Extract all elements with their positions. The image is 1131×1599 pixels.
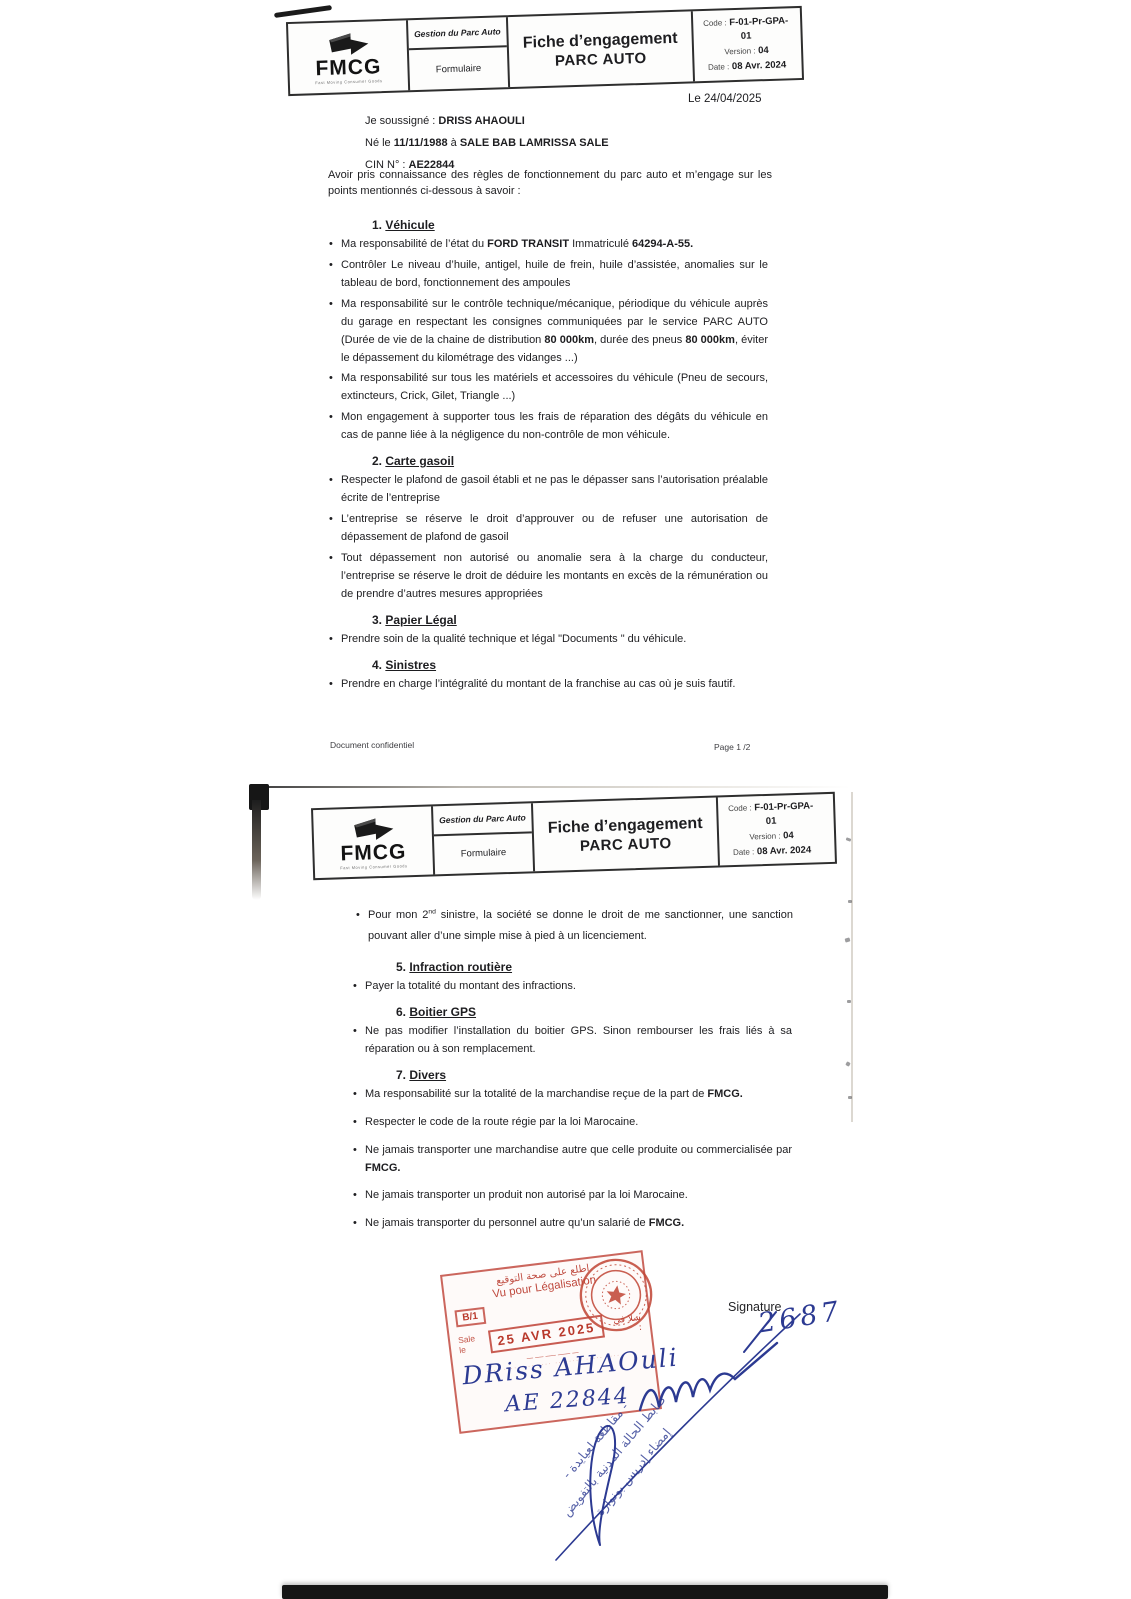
section-number: 7. bbox=[396, 1068, 409, 1082]
header-code-cell: Code : F-01-Pr-GPA-01 Version : 04 Date … bbox=[691, 8, 800, 81]
section-title: Véhicule bbox=[385, 218, 434, 232]
page2-sections: 5. Infraction routièrePayer la totalité … bbox=[352, 960, 792, 1243]
scan-fold-line bbox=[851, 792, 853, 1122]
version-label: Version : bbox=[749, 832, 780, 842]
bullet-item: Ma responsabilité sur le contrôle techni… bbox=[328, 296, 768, 368]
section-title: Carte gasoil bbox=[385, 454, 454, 468]
code-label: Code : bbox=[703, 18, 727, 28]
section-number: 1. bbox=[372, 218, 385, 232]
section-heading: 7. Divers bbox=[396, 1068, 792, 1082]
bullet-item: Ne jamais transporter une marchandise au… bbox=[352, 1142, 792, 1178]
scan-speck bbox=[845, 1061, 850, 1066]
form-section: 5. Infraction routièrePayer la totalité … bbox=[352, 960, 792, 996]
bullet-item: Contrôler Le niveau d’huile, antigel, hu… bbox=[328, 257, 768, 293]
bullet-item: Ma responsabilité sur la totalité de la … bbox=[352, 1086, 792, 1104]
section-number: 3. bbox=[372, 613, 385, 627]
section-bullets: Ma responsabilité de l’état du FORD TRAN… bbox=[328, 236, 768, 445]
section-bullets: Ne pas modifier l’installation du boitie… bbox=[352, 1023, 792, 1059]
section-title: Papier Légal bbox=[385, 613, 456, 627]
bullet-item: Mon engagement à supporter tous les frai… bbox=[328, 409, 768, 445]
version-label: Version : bbox=[724, 46, 755, 56]
version-value: 04 bbox=[758, 45, 769, 56]
section-bullets: Prendre soin de la qualité technique et … bbox=[328, 631, 768, 649]
form-section: 7. DiversMa responsabilité sur la totali… bbox=[352, 1068, 792, 1234]
bullet-item: L’entreprise se réserve le droit d’appro… bbox=[328, 511, 768, 547]
header-mid-cell: Gestion du Parc Auto Formulaire bbox=[431, 803, 533, 874]
page1-sections: 1. VéhiculeMa responsabilité de l’état d… bbox=[328, 218, 768, 702]
bullet-item: Ne jamais transporter du personnel autre… bbox=[352, 1215, 792, 1233]
fmcg-logo: FMCG Fast Moving Consumer Goods bbox=[313, 806, 433, 878]
scan-speck bbox=[845, 937, 851, 942]
form-title: Fiche d’engagement PARC AUTO bbox=[506, 11, 693, 87]
birth-line: Né le 11/11/1988 à SALE BAB LAMRISSA SAL… bbox=[365, 135, 609, 152]
section-heading: 2. Carte gasoil bbox=[372, 454, 768, 468]
official-round-seal-icon bbox=[572, 1251, 660, 1339]
form-header: FMCG Fast Moving Consumer Goods Gestion … bbox=[311, 792, 837, 880]
section-title: Divers bbox=[409, 1068, 446, 1082]
footer-page-number: Page 1 /2 bbox=[714, 742, 750, 752]
dept-label: Gestion du Parc Auto bbox=[433, 803, 532, 836]
section-heading: 5. Infraction routière bbox=[396, 960, 792, 974]
section-bullets: Respecter le plafond de gasoil établi et… bbox=[328, 472, 768, 603]
dept-label: Gestion du Parc Auto bbox=[408, 17, 507, 50]
section-number: 6. bbox=[396, 1005, 409, 1019]
logo-tagline: Fast Moving Consumer Goods bbox=[315, 78, 382, 85]
code-value: F-01-Pr-GPA-01 bbox=[754, 800, 813, 827]
logo-text: FMCG bbox=[315, 56, 381, 79]
section-heading: 3. Papier Légal bbox=[372, 613, 768, 627]
fmcg-logo: FMCG Fast Moving Consumer Goods bbox=[288, 20, 408, 94]
scan-page-edge bbox=[250, 786, 850, 788]
section-bullets: Ma responsabilité sur la totalité de la … bbox=[352, 1086, 792, 1234]
bullet-item: Tout dépassement non autorisé ou anomali… bbox=[328, 550, 768, 604]
form-section: 1. VéhiculeMa responsabilité de l’état d… bbox=[328, 218, 768, 445]
form-section: 2. Carte gasoilRespecter le plafond de g… bbox=[328, 454, 768, 603]
code-value: F-01-Pr-GPA-01 bbox=[729, 15, 788, 42]
logo-arrow-icon bbox=[349, 815, 396, 842]
scanned-document: FMCG Fast Moving Consumer Goods Gestion … bbox=[0, 0, 1131, 1599]
continuation-bullets: Pour mon 2nd sinistre, la société se don… bbox=[355, 905, 793, 950]
section-heading: 4. Sinistres bbox=[372, 658, 768, 672]
bullet-item: Respecter le code de la route régie par … bbox=[352, 1114, 792, 1132]
section-bullets: Prendre en charge l’intégralité du monta… bbox=[328, 676, 768, 694]
section-bullets: Payer la totalité du montant des infract… bbox=[352, 978, 792, 996]
bullet-item: Ne pas modifier l’installation du boitie… bbox=[352, 1023, 792, 1059]
engagement-paragraph: Avoir pris connaissance des règles de fo… bbox=[328, 168, 772, 200]
code-label: Code : bbox=[728, 803, 752, 813]
declarant-name-line: Je soussigné : DRISS AHAOULI bbox=[365, 113, 609, 130]
document-date: Le 24/04/2025 bbox=[688, 93, 762, 105]
section-number: 2. bbox=[372, 454, 385, 468]
bullet-item: Payer la totalité du montant des infract… bbox=[352, 978, 792, 996]
logo-tagline: Fast Moving Consumer Goods bbox=[340, 863, 407, 870]
date-label: Date : bbox=[733, 847, 755, 857]
scan-pen-mark bbox=[274, 5, 332, 18]
header-mid-cell: Gestion du Parc Auto Formulaire bbox=[406, 17, 508, 90]
section-title: Boitier GPS bbox=[409, 1005, 476, 1019]
section-heading: 6. Boitier GPS bbox=[396, 1005, 792, 1019]
scan-speck bbox=[848, 900, 852, 903]
bullet-item: Respecter le plafond de gasoil établi et… bbox=[328, 472, 768, 508]
bullet-item: Ma responsabilité de l’état du FORD TRAN… bbox=[328, 236, 768, 254]
section-number: 5. bbox=[396, 960, 409, 974]
section-heading: 1. Véhicule bbox=[372, 218, 768, 232]
form-section: 6. Boitier GPSNe pas modifier l’installa… bbox=[352, 1005, 792, 1059]
form-header: FMCG Fast Moving Consumer Goods Gestion … bbox=[286, 6, 804, 96]
scan-speck bbox=[848, 1096, 852, 1099]
section-title: Infraction routière bbox=[409, 960, 512, 974]
bullet-item: Ma responsabilité sur tous les matériels… bbox=[328, 370, 768, 406]
section-number: 4. bbox=[372, 658, 385, 672]
form-type-label: Formulaire bbox=[434, 833, 533, 875]
version-value: 04 bbox=[783, 830, 794, 841]
bullet-item: Ne jamais transporter un produit non aut… bbox=[352, 1187, 792, 1205]
date-value: 08 Avr. 2024 bbox=[757, 844, 812, 857]
form-type-label: Formulaire bbox=[409, 48, 508, 91]
section-title: Sinistres bbox=[385, 658, 436, 672]
form-section: 3. Papier LégalPrendre soin de la qualit… bbox=[328, 613, 768, 649]
form-section: 4. SinistresPrendre en charge l’intégral… bbox=[328, 658, 768, 694]
date-label: Date : bbox=[708, 62, 730, 72]
scan-bottom-edge bbox=[282, 1585, 888, 1599]
bullet-item: Prendre en charge l’intégralité du monta… bbox=[328, 676, 768, 694]
stamp-place-label: Sale le bbox=[457, 1332, 485, 1355]
scan-speck bbox=[847, 1000, 851, 1003]
footer-confidential: Document confidentiel bbox=[330, 740, 414, 750]
header-code-cell: Code : F-01-Pr-GPA-01 Version : 04 Date … bbox=[716, 794, 825, 865]
date-value: 08 Avr. 2024 bbox=[732, 59, 787, 72]
stamp-code-box: B/1 bbox=[454, 1307, 485, 1327]
logo-text: FMCG bbox=[340, 841, 406, 864]
form-title: Fiche d’engagement PARC AUTO bbox=[531, 798, 718, 872]
bullet-item: Pour mon 2nd sinistre, la société se don… bbox=[355, 905, 793, 947]
bullet-item: Prendre soin de la qualité technique et … bbox=[328, 631, 768, 649]
logo-arrow-icon bbox=[324, 30, 371, 57]
scan-dark-edge bbox=[252, 800, 261, 900]
scan-speck bbox=[846, 837, 852, 842]
